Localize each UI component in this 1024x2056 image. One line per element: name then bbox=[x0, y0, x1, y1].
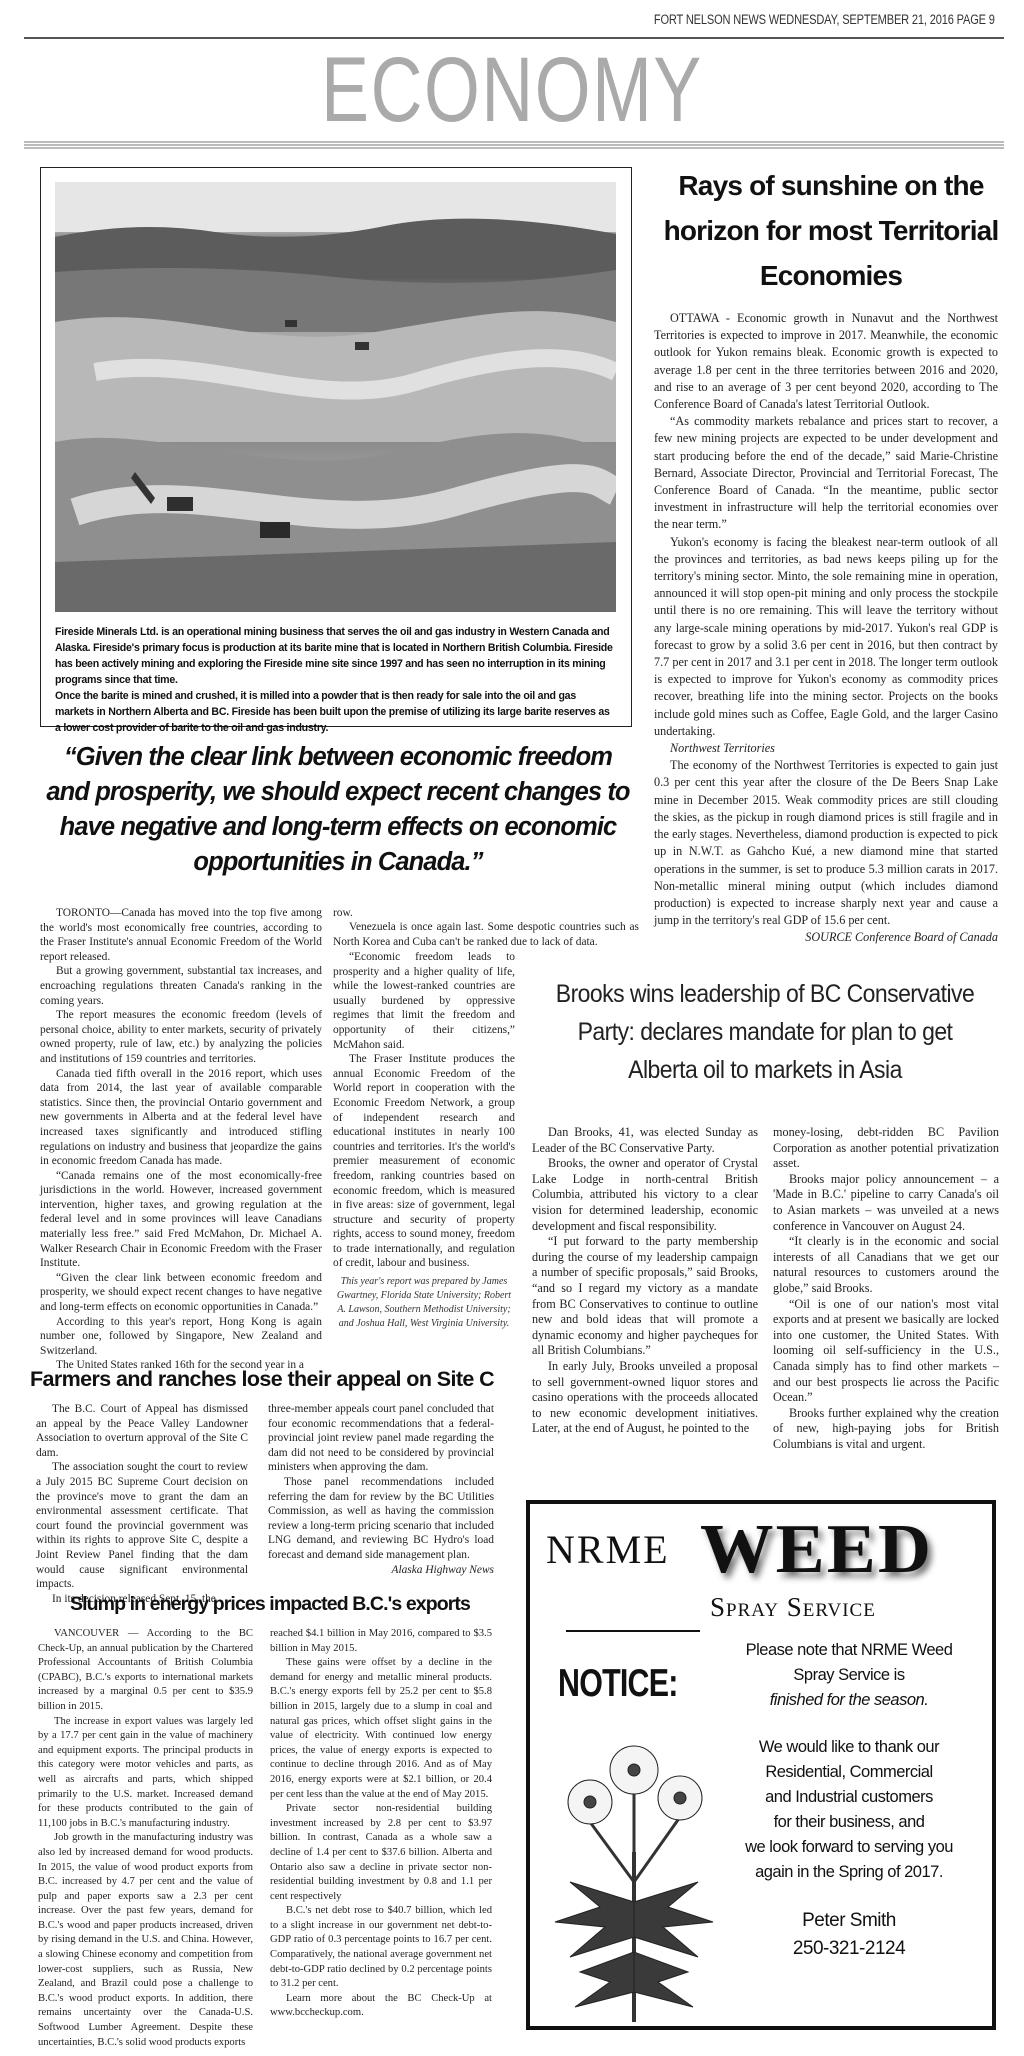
mine-photo bbox=[55, 182, 616, 612]
article-paragraph: VANCOUVER — According to the BC Check-Up… bbox=[38, 1627, 253, 1715]
report-credits: This year's report was prepared by James… bbox=[333, 1275, 515, 1331]
ad-contact-phone[interactable]: 250-321-2124 bbox=[726, 1935, 972, 1963]
ad-thanks-line: we look forward to serving you bbox=[726, 1835, 972, 1860]
brooks-article-col2: money-losing, debt-ridden BC Pavilion Co… bbox=[773, 1125, 999, 1452]
article-subhead: Northwest Territories bbox=[654, 740, 998, 757]
ad-thanks-line: and Industrial customers bbox=[726, 1785, 972, 1810]
article-paragraph: The economy of the Northwest Territories… bbox=[654, 757, 998, 929]
article-paragraph: Canada tied fifth overall in the 2016 re… bbox=[40, 1067, 322, 1169]
article-paragraph: Brooks further explained why the creatio… bbox=[773, 1406, 999, 1453]
article-paragraph: In early July, Brooks unveiled a proposa… bbox=[532, 1359, 758, 1437]
article-paragraph: Job growth in the manufacturing industry… bbox=[38, 1831, 253, 2050]
thistle-weed-icon bbox=[550, 1732, 718, 2022]
article-paragraph: “I put forward to the party membership d… bbox=[532, 1234, 758, 1359]
article-paragraph: Brooks, the owner and operator of Crysta… bbox=[532, 1156, 758, 1234]
article-paragraph: “Oil is one of our nation's most vital e… bbox=[773, 1297, 999, 1406]
rays-article-body: OTTAWA - Economic growth in Nunavut and … bbox=[654, 310, 998, 947]
article-paragraph: According to this year's report, Hong Ko… bbox=[40, 1315, 322, 1359]
article-paragraph: “Given the clear link between economic f… bbox=[40, 1271, 322, 1315]
article-paragraph: “Economic freedom leads to prosperity an… bbox=[333, 950, 515, 1052]
ad-line: Spray Service is bbox=[726, 1663, 972, 1688]
article-paragraph: Venezuela is once again last. Some despo… bbox=[333, 920, 639, 949]
freedom-article-col2: “Economic freedom leads to prosperity an… bbox=[333, 950, 515, 1331]
pull-quote: “Given the clear link between economic f… bbox=[40, 740, 636, 880]
article-paragraph: three-member appeals court panel conclud… bbox=[268, 1402, 494, 1475]
article-paragraph: The increase in export values was largel… bbox=[38, 1715, 253, 1832]
article-paragraph: The Fraser Institute produces the annual… bbox=[333, 1052, 515, 1271]
sitec-article-col1: The B.C. Court of Appeal has dismissed a… bbox=[36, 1402, 248, 1606]
slump-article-col2: reached $4.1 billion in May 2016, compar… bbox=[270, 1627, 492, 2021]
article-paragraph: Private sector non-residential building … bbox=[270, 1802, 492, 1904]
ad-contact-name: Peter Smith bbox=[726, 1907, 972, 1935]
article-source: SOURCE Conference Board of Canada bbox=[654, 929, 998, 946]
freedom-article-col1: TORONTO—Canada has moved into the top fi… bbox=[40, 906, 322, 1373]
caption-paragraph: Once the barite is mined and crushed, it… bbox=[55, 688, 617, 736]
article-paragraph: OTTAWA - Economic growth in Nunavut and … bbox=[654, 310, 998, 413]
slump-article-col1: VANCOUVER — According to the BC Check-Up… bbox=[38, 1627, 253, 2050]
article-paragraph: But a growing government, substantial ta… bbox=[40, 964, 322, 1008]
article-paragraph: Learn more about the BC Check-Up at www.… bbox=[270, 1992, 492, 2021]
ad-brand-weed: WEED bbox=[700, 1510, 933, 1590]
weed-spray-advertisement: NRME WEED Spray Service NOTICE: Please n… bbox=[526, 1500, 996, 2030]
article-paragraph: money-losing, debt-ridden BC Pavilion Co… bbox=[773, 1125, 999, 1172]
slump-headline: Slump in energy prices impacted B.C.'s e… bbox=[55, 1593, 485, 1616]
ad-brand-nrme: NRME bbox=[546, 1526, 670, 1573]
article-paragraph: These gains were offset by a decline in … bbox=[270, 1656, 492, 1802]
ad-notice-heading: NOTICE: bbox=[558, 1662, 678, 1706]
ad-thanks-line: Residential, Commercial bbox=[726, 1760, 972, 1785]
ad-line: Please note that NRME Weed bbox=[726, 1638, 972, 1663]
caption-paragraph: Fireside Minerals Ltd. is an operational… bbox=[55, 624, 617, 688]
freedom-article-col2-wide: Venezuela is once again last. Some despo… bbox=[333, 920, 639, 949]
article-paragraph: B.C.'s net debt rose to $40.7 billion, w… bbox=[270, 1904, 492, 1992]
ad-brand-subtitle: Spray Service bbox=[710, 1592, 876, 1623]
article-paragraph: Those panel recommendations included ref… bbox=[268, 1475, 494, 1563]
ad-thanks-line: for their business, and bbox=[726, 1810, 972, 1835]
article-paragraph: The association sought the court to revi… bbox=[36, 1460, 248, 1591]
article-paragraph: reached $4.1 billion in May 2016, compar… bbox=[270, 1627, 492, 1656]
photo-caption: Fireside Minerals Ltd. is an operational… bbox=[55, 624, 617, 736]
article-paragraph: TORONTO—Canada has moved into the top fi… bbox=[40, 906, 322, 964]
article-paragraph: “Canada remains one of the most economic… bbox=[40, 1169, 322, 1271]
article-paragraph: The report measures the economic freedom… bbox=[40, 1008, 322, 1066]
rays-headline: Rays of sunshine on the horizon for most… bbox=[654, 163, 1008, 298]
ad-message: Please note that NRME Weed Spray Service… bbox=[726, 1638, 972, 1963]
sitec-headline: Farmers and ranches lose their appeal on… bbox=[30, 1367, 500, 1392]
article-paragraph: Yukon's economy is facing the bleakest n… bbox=[654, 534, 998, 740]
article-paragraph: Dan Brooks, 41, was elected Sunday as Le… bbox=[532, 1125, 758, 1156]
ad-thanks-line: again in the Spring of 2017. bbox=[726, 1860, 972, 1885]
ad-thanks-line: We would like to thank our bbox=[726, 1735, 972, 1760]
page-folio: FORT NELSON NEWS WEDNESDAY, SEPTEMBER 21… bbox=[654, 12, 995, 27]
article-paragraph: Brooks major policy announcement – a 'Ma… bbox=[773, 1172, 999, 1234]
section-title: ECONOMY bbox=[113, 40, 912, 140]
mine-landscape-image bbox=[55, 182, 616, 612]
photo-feature-box: Fireside Minerals Ltd. is an operational… bbox=[40, 167, 632, 727]
freedom-article-col2-top: row. bbox=[333, 906, 639, 921]
ad-line: finished for the season. bbox=[726, 1688, 972, 1713]
article-byline: Alaska Highway News bbox=[268, 1563, 494, 1578]
sitec-article-col2: three-member appeals court panel conclud… bbox=[268, 1402, 494, 1577]
brooks-headline: Brooks wins leadership of BC Conservativ… bbox=[549, 975, 981, 1089]
article-paragraph: “It clearly is in the economic and socia… bbox=[773, 1234, 999, 1296]
section-divider bbox=[24, 141, 1004, 149]
article-paragraph: The B.C. Court of Appeal has dismissed a… bbox=[36, 1402, 248, 1460]
brooks-article-col1: Dan Brooks, 41, was elected Sunday as Le… bbox=[532, 1125, 758, 1437]
article-paragraph: “As commodity markets rebalance and pric… bbox=[654, 413, 998, 533]
ad-divider bbox=[566, 1630, 700, 1632]
article-paragraph: row. bbox=[333, 906, 639, 921]
